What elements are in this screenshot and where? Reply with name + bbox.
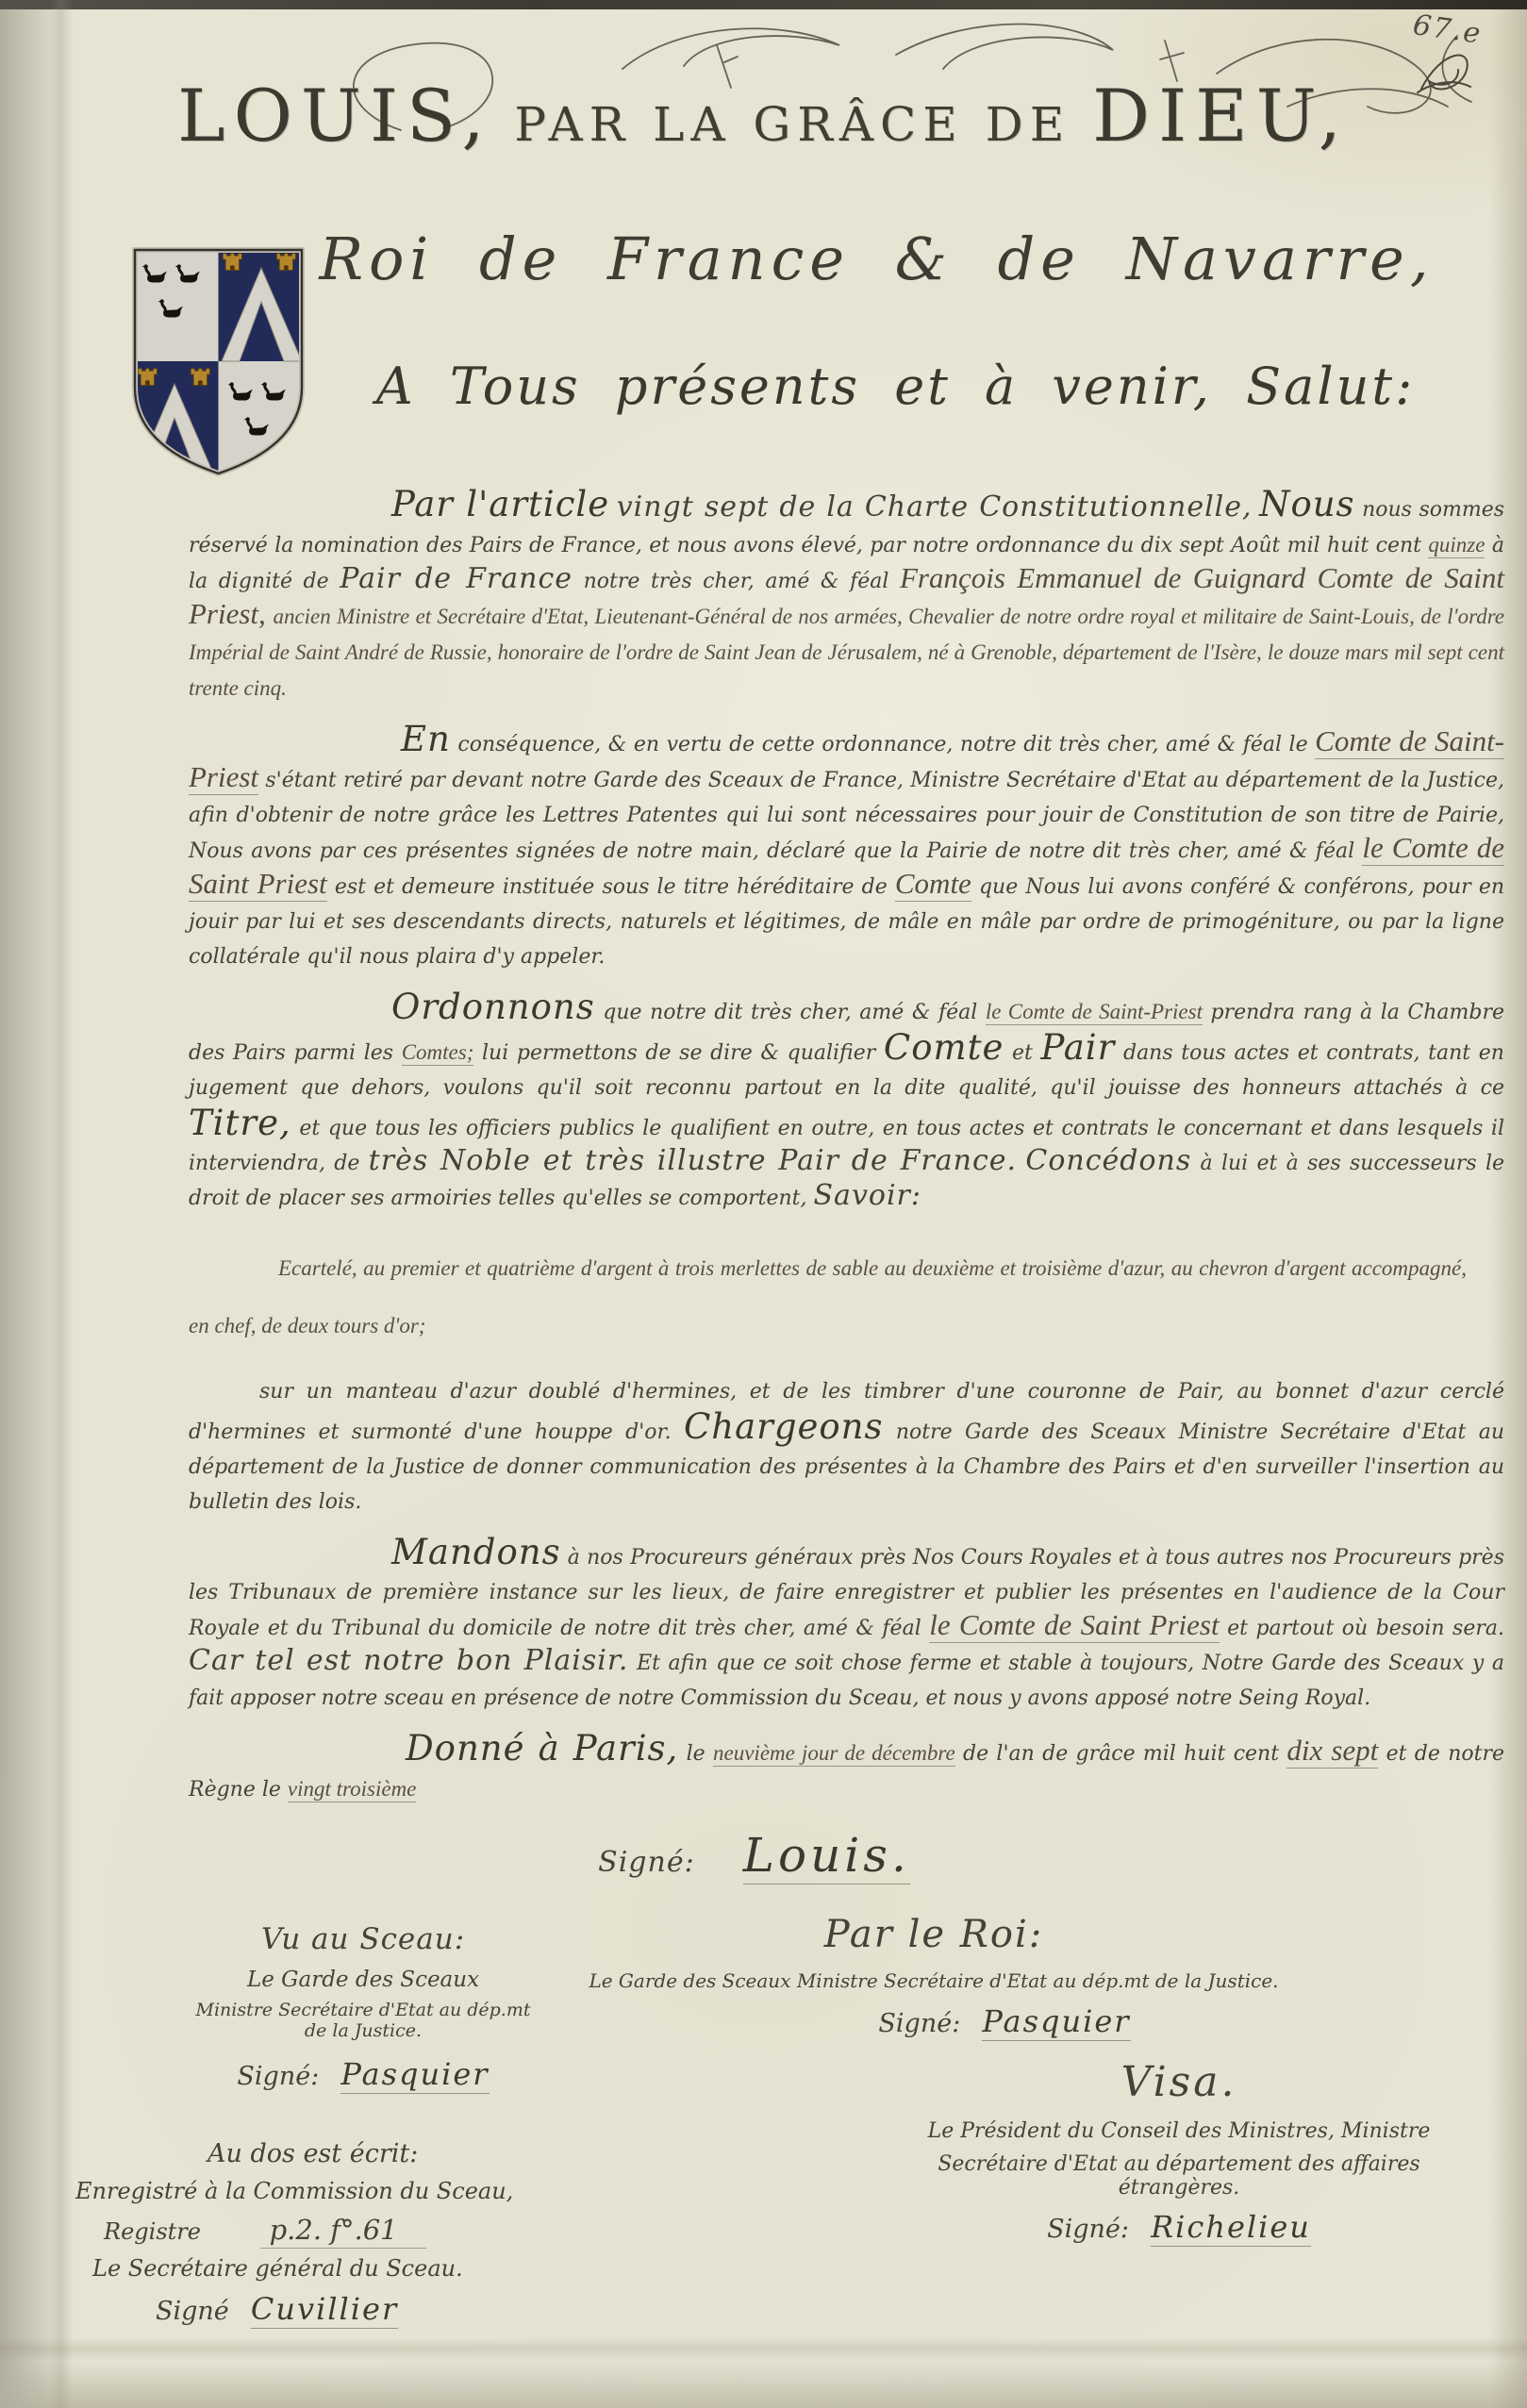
body-paragraph: Donné à Paris, le neuvième jour de décem… [189, 1731, 1504, 1807]
signature-name-louis: Louis. [743, 1828, 910, 1885]
text-segment: Pair [1041, 1027, 1116, 1068]
text-segment: le Comte de Saint-Priest [986, 1000, 1203, 1025]
visa-heading: Visa. [877, 2058, 1481, 2106]
signature-name-richelieu: Richelieu [1151, 2209, 1311, 2247]
signature-louis: Signé: Louis. [0, 1828, 1518, 1883]
signature-line: Signé: Pasquier [670, 2003, 1339, 2039]
body-paragraph: Mandons à nos Procureurs généraux près N… [189, 1535, 1504, 1716]
seal-officer-line: Le Garde des Sceaux [193, 1968, 533, 1992]
body-paragraph: Ecartelé, au premier et quatrième d'arge… [189, 1240, 1504, 1355]
signature-name-pasquier: Pasquier [982, 2003, 1130, 2041]
text-segment: Nous [1259, 484, 1354, 524]
text-segment: lui permettons de se dire & qualifier [482, 1041, 875, 1065]
text-segment: vingt troisième [288, 1777, 416, 1802]
text-segment: et partout où besoin sera. [1227, 1617, 1504, 1640]
visa-officer-line: Le Président du Conseil des Ministres, M… [877, 2119, 1481, 2143]
text-segment: notre très cher, amé & féal [584, 570, 889, 593]
text-segment: En [401, 719, 451, 759]
signature-line: Signé Cuvillier [156, 2291, 566, 2327]
text-segment: Concédons [1025, 1144, 1191, 1177]
signed-label: Signé: [1047, 2215, 1129, 2244]
text-segment: très Noble et très illustre Pair de Fran… [369, 1144, 1017, 1177]
registry-line: Enregistré à la Commission du Sceau, [75, 2178, 566, 2204]
text-segment: neuvième jour de décembre [713, 1741, 955, 1767]
page-fold-shadow [49, 0, 74, 2408]
text-segment: le Comte de Saint Priest [929, 1608, 1219, 1643]
signed-label: Signé: [878, 2009, 960, 2038]
title-phrase-grace: PAR LA GRÂCE DE [493, 97, 1093, 152]
body-paragraph: sur un manteau d'azur doublé d'hermines,… [189, 1374, 1504, 1520]
text-segment: Chargeons [684, 1406, 884, 1447]
text-segment: Ordonnons [391, 987, 595, 1027]
signature-line: Signé: Pasquier [193, 2056, 533, 2092]
visa-officer-title: Secrétaire d'Etat au département des aff… [877, 2152, 1481, 2200]
registry-block: Au dos est écrit: Enregistré à la Commis… [75, 2139, 566, 2336]
text-segment: Car tel est notre bon Plaisir. [189, 1644, 628, 1677]
page-top-edge [0, 0, 1527, 9]
body-text: Par l'article vingt sept de la Charte Co… [189, 487, 1504, 1807]
text-segment: Par l'article [391, 484, 609, 524]
seal-heading: Vu au Sceau: [193, 1922, 533, 1956]
text-segment: quinze [1428, 533, 1485, 558]
text-segment: Titre, [189, 1103, 291, 1143]
text-segment: de l'an de grâce mil huit cent [963, 1742, 1279, 1766]
royal-title: LOUIS, PAR LA GRÂCE DE DIEU, [0, 74, 1527, 158]
text-segment: Comte [884, 1027, 1004, 1068]
visa-block: Visa. Le Président du Conseil des Minist… [877, 2058, 1481, 2245]
signature-line: Signé: Richelieu [877, 2209, 1481, 2245]
signature-name-cuvillier: Cuvillier [251, 2291, 398, 2329]
king-officer-title: Le Garde des Sceaux Ministre Secrétaire … [528, 1969, 1339, 1992]
coat-of-arms [130, 245, 307, 479]
registry-label: Registre [104, 2218, 201, 2245]
text-segment: que notre dit très cher, amé & féal [603, 1001, 977, 1024]
text-segment: Ecartelé, au premier et quatrième d'arge… [189, 1256, 1467, 1337]
text-segment: vingt sept de la Charte Constitutionnell… [617, 490, 1253, 523]
salutation-line: A Tous présents et à venir, Salut: [132, 357, 1527, 416]
document-page: { "page": { "number": "67.e" }, "header"… [0, 0, 1527, 2408]
title-word-louis: LOUIS, [177, 74, 492, 158]
title-word-dieu: DIEU, [1092, 74, 1350, 158]
text-segment: Comtes; [402, 1040, 474, 1066]
body-paragraph: Par l'article vingt sept de la Charte Co… [189, 487, 1504, 706]
registry-officer-title: Le Secrétaire général du Sceau. [92, 2255, 566, 2282]
text-segment: Mandons [391, 1532, 561, 1572]
text-segment: le [687, 1742, 705, 1766]
text-segment: Donné à Paris, [406, 1728, 678, 1769]
text-segment: Comte [895, 867, 971, 902]
seal-block: Vu au Sceau: Le Garde des Sceaux Ministr… [193, 1922, 533, 2092]
body-paragraph: En conséquence, & en vertu de cette ordo… [189, 722, 1504, 974]
signed-label: Signé: [237, 2062, 319, 2091]
signed-label: Signé [156, 2297, 229, 2326]
text-segment: s'étant retiré par devant notre Garde de… [189, 769, 1504, 863]
registry-heading: Au dos est écrit: [207, 2139, 566, 2168]
text-segment: dix sept [1286, 1734, 1378, 1769]
text-segment: conséquence, & en vertu de cette ordonna… [457, 733, 1307, 756]
text-segment: ancien Ministre et Secrétaire d'Etat, Li… [189, 605, 1504, 700]
registry-reference: Registre p.2. f°.61 [104, 2214, 566, 2246]
seal-officer-title: Ministre Secrétaire d'Etat au dép.mt de … [193, 2000, 533, 2041]
king-block: Par le Roi: Le Garde des Sceaux Ministre… [528, 1913, 1339, 2039]
page-crease [0, 2337, 1527, 2362]
text-segment: et [1012, 1041, 1033, 1065]
text-segment: Savoir: [814, 1179, 922, 1212]
registry-folio: p.2. f°.61 [260, 2214, 426, 2249]
body-paragraph: Ordonnons que notre dit très cher, amé &… [189, 989, 1504, 1216]
king-heading: Par le Roi: [528, 1913, 1339, 1956]
signature-name-pasquier: Pasquier [340, 2056, 489, 2094]
kingdom-line: Roi de France & de Navarre, [113, 224, 1527, 293]
signed-label: Signé: [598, 1846, 695, 1879]
text-segment: est et demeure instituée sous le titre h… [335, 875, 888, 899]
text-segment: Pair de France [340, 562, 573, 595]
